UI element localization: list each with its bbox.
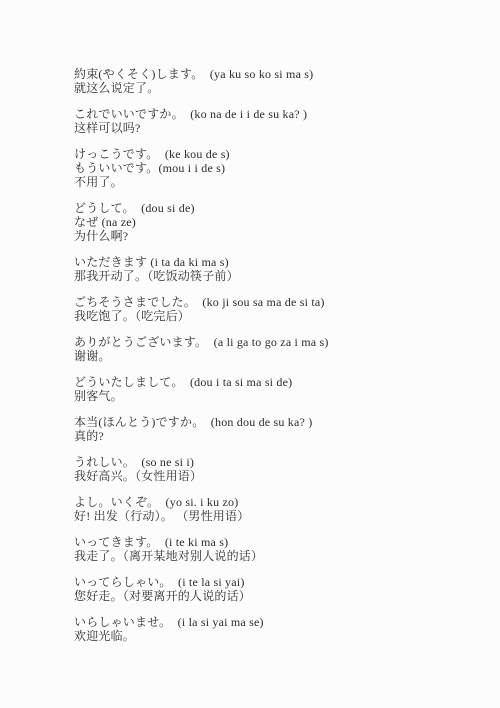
phrase-line-chinese: 谢谢。 xyxy=(74,349,470,363)
phrase-block: うれしい。 (so ne si i) 我好高兴。（女性用语） xyxy=(74,455,470,483)
phrase-line-japanese: よし。いくぞ。 (yo si. i ku zo) xyxy=(74,495,470,509)
phrase-block: いってらしゃい。 (i te la si yai) 您好走。（对要离开的人说的话… xyxy=(74,575,470,603)
phrase-list: 約束(やくそく)します。 (ya ku so ko si ma s) 就这么说定… xyxy=(74,67,470,655)
phrase-block: よし。いくぞ。 (yo si. i ku zo) 好! 出发（行动）。 （男性用… xyxy=(74,495,470,523)
phrase-line-japanese: うれしい。 (so ne si i) xyxy=(74,455,470,469)
phrase-line-japanese: けっこうです。 (ke kou de s) xyxy=(74,147,470,161)
phrase-line-japanese: いってきます。 (i te ki ma s) xyxy=(74,535,470,549)
phrase-line-japanese: どういたしまして。 (dou i ta si ma si de) xyxy=(74,375,470,389)
phrase-block: いただきます (i ta da ki ma s) 那我开动了。（吃饭动筷子前） xyxy=(74,255,470,283)
phrase-line-chinese: 那我开动了。（吃饭动筷子前） xyxy=(74,269,470,283)
phrase-block: これでいいですか。 (ko na de i i de su ka? ) 这样可以… xyxy=(74,107,470,135)
phrase-block: ごちそうさまでした。 (ko ji sou sa ma de si ta) 我吃… xyxy=(74,295,470,323)
phrase-block: いらしゃいませ。 (i la si yai ma se) 欢迎光临。 xyxy=(74,615,470,643)
phrase-line-chinese: 我走了。（离开某地对别人说的话） xyxy=(74,549,470,563)
phrase-line-chinese: 不用了。 xyxy=(74,175,470,189)
phrase-line-japanese: 約束(やくそく)します。 (ya ku so ko si ma s) xyxy=(74,67,470,81)
phrase-line-japanese: ありがとうございます。 (a li ga to go za i ma s) xyxy=(74,335,470,349)
phrase-block: 約束(やくそく)します。 (ya ku so ko si ma s) 就这么说定… xyxy=(74,67,470,95)
phrase-block: けっこうです。 (ke kou de s) もういいです。(mou i i de… xyxy=(74,147,470,189)
phrase-line-chinese: 就这么说定了。 xyxy=(74,81,470,95)
phrase-block: どうして。 (dou si de) なぜ (na ze) 为什么啊? xyxy=(74,201,470,243)
phrase-line-chinese: 我好高兴。（女性用语） xyxy=(74,469,470,483)
phrase-block: どういたしまして。 (dou i ta si ma si de) 别客气。 xyxy=(74,375,470,403)
phrase-line-japanese: 本当(ほんとう)ですか。 (hon dou de su ka? ) xyxy=(74,415,470,429)
phrase-line-japanese: どうして。 (dou si de) xyxy=(74,201,470,215)
phrase-line-chinese: 欢迎光临。 xyxy=(74,629,470,643)
phrase-line-chinese: 这样可以吗? xyxy=(74,121,470,135)
phrase-line-chinese: 别客气。 xyxy=(74,389,470,403)
phrase-line-japanese: なぜ (na ze) xyxy=(74,215,470,229)
phrase-line-japanese: ごちそうさまでした。 (ko ji sou sa ma de si ta) xyxy=(74,295,470,309)
phrase-line-japanese: もういいです。(mou i i de s) xyxy=(74,161,470,175)
phrase-line-chinese: 我吃饱了。（吃完后） xyxy=(74,309,470,323)
phrase-block: 本当(ほんとう)ですか。 (hon dou de su ka? ) 真的? xyxy=(74,415,470,443)
phrase-line-japanese: いただきます (i ta da ki ma s) xyxy=(74,255,470,269)
phrase-line-chinese: 为什么啊? xyxy=(74,229,470,243)
phrase-line-chinese: 您好走。（对要离开的人说的话） xyxy=(74,589,470,603)
document-page: 約束(やくそく)します。 (ya ku so ko si ma s) 就这么说定… xyxy=(0,0,500,708)
phrase-line-japanese: いってらしゃい。 (i te la si yai) xyxy=(74,575,470,589)
phrase-line-chinese: 真的? xyxy=(74,429,470,443)
phrase-line-japanese: いらしゃいませ。 (i la si yai ma se) xyxy=(74,615,470,629)
phrase-block: ありがとうございます。 (a li ga to go za i ma s) 谢谢… xyxy=(74,335,470,363)
phrase-line-japanese: これでいいですか。 (ko na de i i de su ka? ) xyxy=(74,107,470,121)
phrase-line-chinese: 好! 出发（行动）。 （男性用语） xyxy=(74,509,470,523)
phrase-block: いってきます。 (i te ki ma s) 我走了。（离开某地对别人说的话） xyxy=(74,535,470,563)
